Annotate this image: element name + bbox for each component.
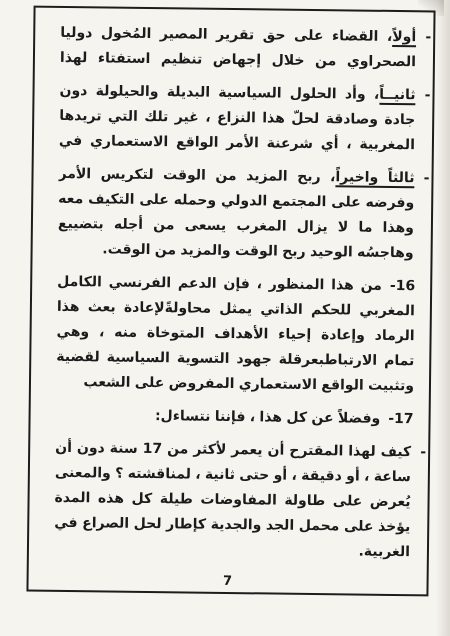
- dash-bullet: -: [425, 25, 431, 50]
- text-line: وتثبيت الواقع الاستعماري المفروض على الش…: [56, 370, 414, 399]
- text-line: 17-وفضلاً عن كل هذا ، فإننا نتساءل:: [55, 403, 413, 432]
- text-line: الغربية.: [54, 536, 410, 565]
- dash-bullet: -: [420, 440, 426, 465]
- numbered-item-16: 16-من هذا المنظور ، فإن الدعم الفرنسي ال…: [56, 270, 416, 399]
- text-line: يؤخذ على محمل الجد والجدية كإطار لحل الص…: [54, 511, 410, 540]
- page-border: - أولاً، القضاء على حق تقرير المصير المُ…: [26, 6, 435, 597]
- list-item-question: - كيف لهذا المقترح أن يعمر لأكثر من 17 س…: [54, 436, 414, 565]
- lead-word-first: أولاً: [392, 29, 416, 47]
- dash-bullet: -: [424, 166, 430, 191]
- text-line: الصحراوي من خلال إجهاض تنظيم استفتاء لهذ…: [60, 46, 416, 75]
- text-line: وهاجسُه الوحيد ربح الوقت والمزيد من الوق…: [57, 237, 413, 266]
- numbered-item-17: 17-وفضلاً عن كل هذا ، فإننا نتساءل:: [55, 403, 413, 432]
- line-text: وفضلاً عن كل هذا ، فإننا نتساءل:: [155, 408, 380, 427]
- item-number: 16-: [390, 278, 415, 294]
- list-item-first: - أولاً، القضاء على حق تقرير المصير المُ…: [60, 21, 419, 75]
- page-content: - أولاً، القضاء على حق تقرير المصير المُ…: [28, 8, 433, 595]
- item-number: 17-: [388, 411, 413, 427]
- list-item-second: - ثانيــاً، وأد الحلول السياسية البديلة …: [59, 79, 418, 158]
- list-item-third: - ثالثاً واخيراً، ربح المزيد من الوقت لت…: [57, 162, 416, 266]
- text-line: المغربية ، أي شرعنة الأمر الواقع الاستعم…: [59, 129, 415, 158]
- page-number: 7: [28, 572, 426, 593]
- dash-bullet: -: [425, 83, 431, 108]
- lead-word-third: ثالثاً واخيراً: [335, 169, 414, 188]
- lead-word-second: ثانيــاً: [379, 87, 416, 105]
- scan-edge-shadow: [436, 0, 450, 636]
